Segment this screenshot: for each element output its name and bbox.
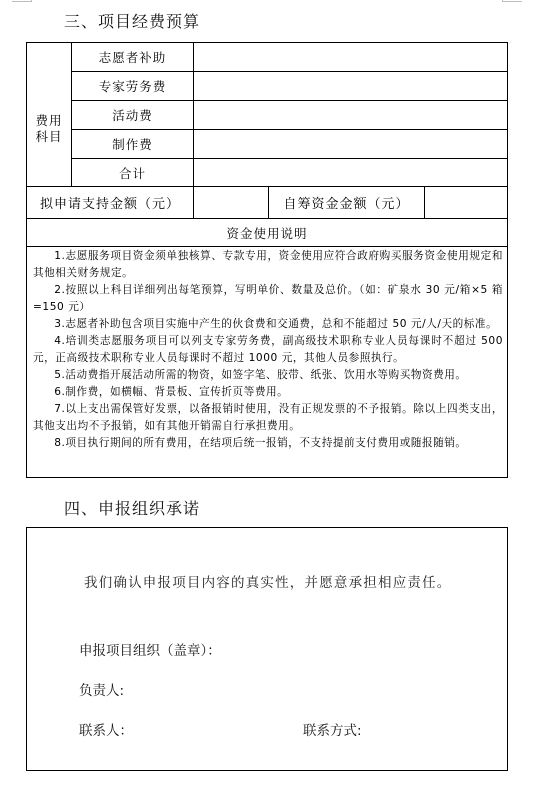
fund-usage-notes: 1.志愿服务项目资金须单独核算、专款专用，资金使用应符合政府购买服务资金使用规定… [27,246,507,477]
pledge-statement: 我们确认申报项目内容的真实性，并愿意承担相应责任。 [84,571,452,591]
item-label-volunteer-subsidy: 志愿者补助 [72,43,193,71]
contact-person-label: 联系人： [79,719,133,739]
note-item: 8.项目执行期间的所有费用，在结项后统一报销，不支持提前支付费用或随报随销。 [33,435,503,452]
section-title-pledge: 四、申报组织承诺 [64,496,200,519]
self-raised-amount-field[interactable] [425,187,507,218]
item-label-activity-fee: 活动费 [72,101,193,129]
cost-category-line-1: 费用 [35,113,62,129]
page-corner-mark-right [502,1,522,2]
note-item: 3.志愿者补助包含项目实施中产生的伙食费和交通费，总和不能超过 50 元/人/天… [33,316,503,333]
note-item: 5.活动费指开展活动所需的物资，如签字笔、胶带、纸张、饮用水等购买物资费用。 [33,367,503,384]
item-label-expert-fee: 专家劳务费 [72,72,193,100]
item-value-expert-fee[interactable] [194,72,507,100]
item-value-volunteer-subsidy[interactable] [194,43,507,71]
section-title-budget: 三、项目经费预算 [64,9,200,32]
note-item: 1.志愿服务项目资金须单独核算、专款专用，资金使用应符合政府购买服务资金使用规定… [33,248,503,282]
pledge-box: 我们确认申报项目内容的真实性，并愿意承担相应责任。 申报项目组织（盖章）： 负责… [26,527,508,771]
requested-amount-field[interactable] [194,187,268,218]
item-value-production-fee[interactable] [194,130,507,158]
page-corner-mark-left [12,1,32,2]
note-item: 6.制作费，如横幅、背景板、宣传折页等费用。 [33,384,503,401]
note-item: 7.以上支出需保管好发票，以备报销时使用，没有正规发票的不予报销。除以上四类支出… [33,401,503,435]
cost-category-label: 费用 科目 [27,43,71,186]
responsible-person-label: 负责人: [79,679,124,699]
item-value-activity-fee[interactable] [194,101,507,129]
item-value-total[interactable] [194,159,507,186]
org-seal-label: 申报项目组织（盖章）： [79,639,221,659]
item-label-total: 合计 [72,159,193,186]
note-item: 2.按照以上科目详细列出每笔预算，写明单价、数量及总价。（如：矿泉水 30 元/… [33,282,503,316]
requested-amount-label: 拟申请支持金额（元） [27,187,193,218]
contact-method-label: 联系方式: [303,719,362,739]
cost-category-line-2: 科目 [35,129,62,145]
budget-table: 费用 科目 志愿者补助 专家劳务费 活动费 制作费 合计 拟申请支持金额（元） … [26,42,508,478]
self-raised-amount-label: 自筹资金金额（元） [269,187,424,218]
fund-usage-header: 资金使用说明 [27,219,507,246]
note-item: 4.培训类志愿服务项目可以列支专家劳务费，副高级技术职称专业人员每课时不超过 5… [33,333,503,367]
item-label-production-fee: 制作费 [72,130,193,158]
